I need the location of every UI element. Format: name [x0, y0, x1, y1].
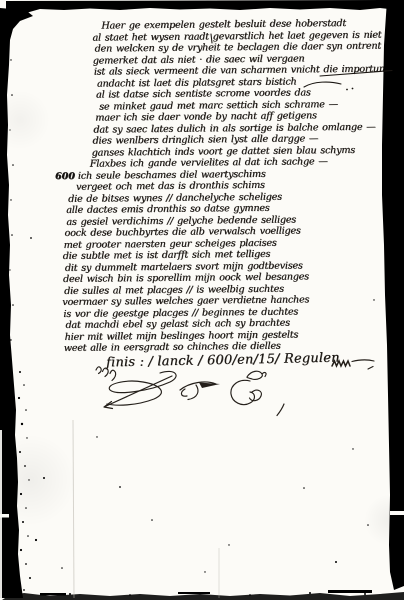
pen-flourish-loop-icon: [107, 371, 176, 405]
border-white-nicks: [0, 430, 404, 598]
pen-flourish-tau-icon: [180, 382, 216, 400]
pen-flourish-tau-wedge-icon: [199, 383, 220, 389]
pen-endmark-tick-icon: [368, 367, 373, 370]
pen-flourish-ring-icon: [231, 371, 284, 415]
manuscript-text-block: Haer ge exempelen gestelt besluit dese h…: [56, 17, 401, 354]
pen-flourish-tail-icon: [104, 376, 172, 409]
margin-note-600: 600: [55, 171, 75, 182]
pen-endmark-dash-icon: [352, 360, 374, 362]
scanned-manuscript-page: Haer ge exempelen gestelt besluit dese h…: [0, 0, 404, 600]
